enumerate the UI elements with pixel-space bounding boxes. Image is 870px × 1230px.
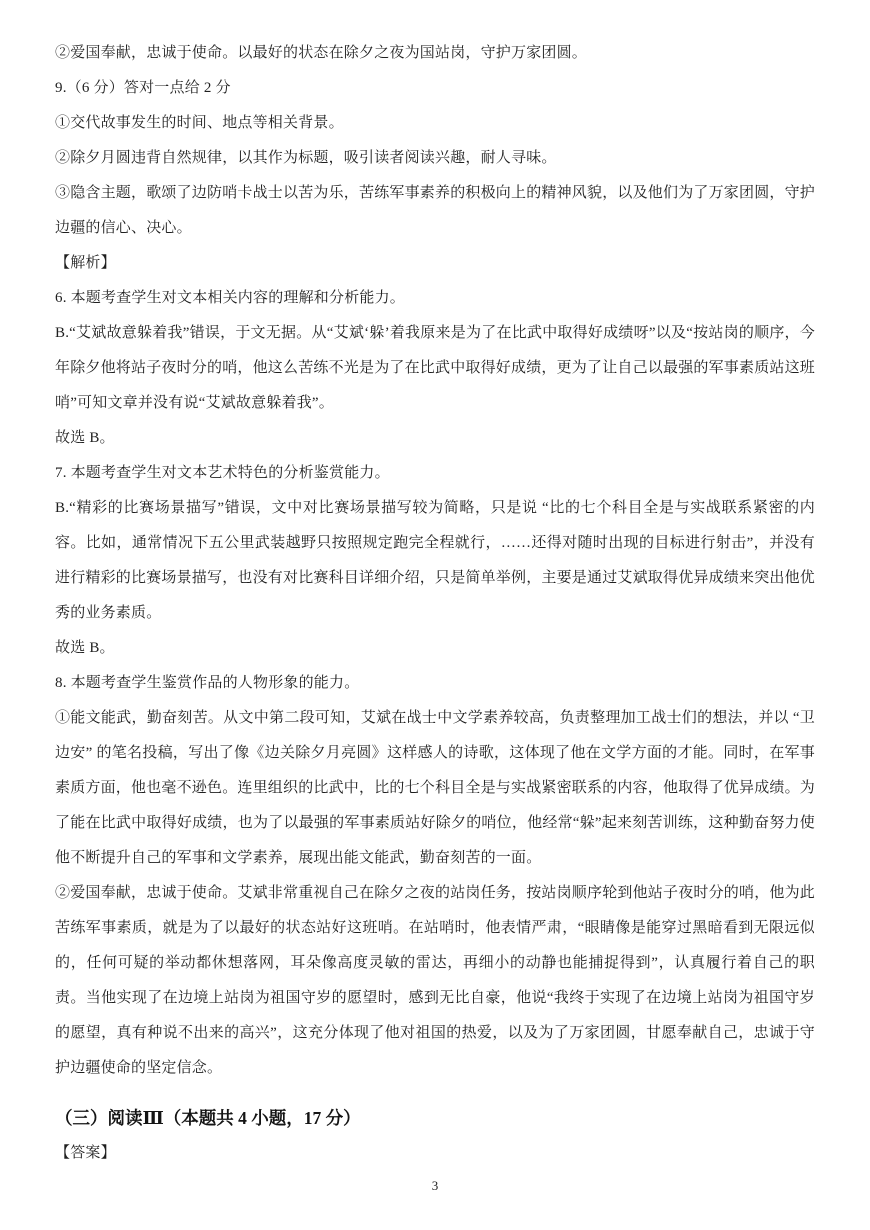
- answer-point-patriotism: ②爱国奉献，忠诚于使命。以最好的状态在除夕之夜为国站岗，守护万家团圆。: [55, 36, 815, 71]
- analysis-q7-intro: 7. 本题考查学生对文本艺术特色的分析鉴赏能力。: [55, 456, 815, 491]
- document-page: ②爱国奉献，忠诚于使命。以最好的状态在除夕之夜为国站岗，守护万家团圆。 9.（6…: [0, 0, 870, 1230]
- analysis-q7-detail: B.“精彩的比赛场景描写”错误，文中对比赛场景描写较为简略，只是说 “比的七个科…: [55, 491, 815, 631]
- answer-point-1: ①交代故事发生的时间、地点等相关背景。: [55, 106, 815, 141]
- answer-point-2: ②除夕月圆违背自然规律，以其作为标题，吸引读者阅读兴趣，耐人寻味。: [55, 141, 815, 176]
- answer-point-3: ③隐含主题，歌颂了边防哨卡战士以苦为乐，苦练军事素养的积极向上的精神风貌，以及他…: [55, 176, 815, 246]
- analysis-q8-point-2: ②爱国奉献，忠诚于使命。艾斌非常重视自己在除夕之夜的站岗任务，按站岗顺序轮到他站…: [55, 876, 815, 1086]
- analysis-q8-point-1: ①能文能武，勤奋刻苦。从文中第二段可知，艾斌在战士中文学素养较高，负责整理加工战…: [55, 701, 815, 876]
- page-number: 3: [0, 1178, 870, 1194]
- analysis-q6-detail: B.“艾斌故意躲着我”错误，于文无据。从“艾斌‘躲’着我原来是为了在比武中取得好…: [55, 316, 815, 421]
- document-content: ②爱国奉献，忠诚于使命。以最好的状态在除夕之夜为国站岗，守护万家团圆。 9.（6…: [55, 36, 815, 1171]
- analysis-q6-conclusion: 故选 B。: [55, 421, 815, 456]
- question-9-score-note: 9.（6 分）答对一点给 2 分: [55, 71, 815, 106]
- section-heading-reading-3: （三）阅读Ⅲ（本题共 4 小题，17 分）: [55, 1102, 815, 1134]
- analysis-q7-conclusion: 故选 B。: [55, 631, 815, 666]
- analysis-q8-intro: 8. 本题考查学生鉴赏作品的人物形象的能力。: [55, 666, 815, 701]
- answer-label: 【答案】: [55, 1136, 815, 1171]
- analysis-q6-intro: 6. 本题考查学生对文本相关内容的理解和分析能力。: [55, 281, 815, 316]
- analysis-label: 【解析】: [55, 246, 815, 281]
